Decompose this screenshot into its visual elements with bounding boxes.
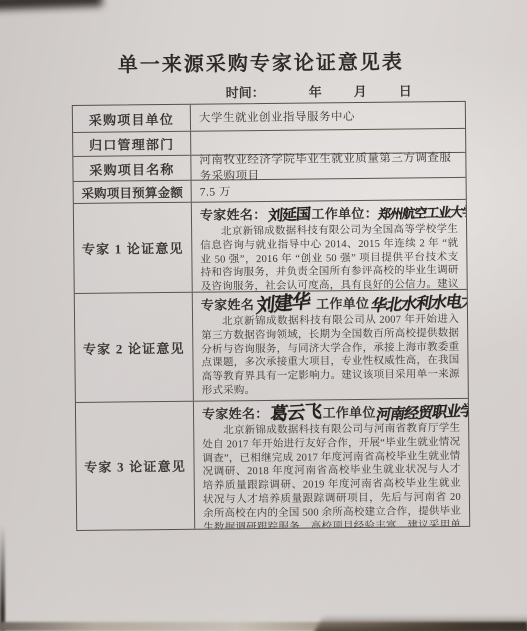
expert-2-name-label: 专家姓名 (201, 297, 254, 313)
expert-3-unit-label: 工作单位 (322, 405, 375, 421)
value-project-unit: 大学生就业创业指导服务中心 (191, 102, 465, 131)
label-managing-department: 归口管理部门 (73, 132, 191, 156)
form-title: 单一来源采购专家论证意见表 (0, 44, 524, 79)
label-expert-1: 专家 1 论证意见 (74, 203, 193, 293)
date-day-label: 日 (399, 80, 412, 99)
form-table: 采购项目单位 大学生就业创业指导服务中心 归口管理部门 采购项目名称 河南牧业经… (72, 101, 470, 531)
table-row-expert-1: 专家 1 论证意见 专家姓名：刘延国工作单位：郑州航空工业大学职称：副教授 北京… (74, 200, 467, 294)
label-project-budget: 采购项目预算金额 (74, 181, 192, 203)
expert-1-name-signature: 刘延国 (267, 206, 310, 223)
table-row-project-unit: 采购项目单位 大学生就业创业指导服务中心 (73, 102, 465, 133)
expert-1-unit-label: 工作单位： (311, 206, 378, 222)
date-label: 时间： (226, 82, 265, 101)
expert-3-name-signature: 葛云飞 (269, 403, 321, 424)
value-project-budget: 7.5 万 (192, 178, 466, 202)
label-expert-2: 专家 2 论证意见 (75, 293, 194, 402)
expert-2-header: 专家姓名刘建华工作单位华北水利水电大学职称：教授 (201, 293, 459, 316)
label-project-unit: 采购项目单位 (73, 105, 191, 132)
expert-2-unit-label: 工作单位 (316, 296, 369, 312)
expert-2-opinion: 北京新锦成数据科技有限公司从 2007 年开始进入第三方数据咨询领域，长期为全国… (201, 313, 460, 398)
document-form: 单一来源采购专家论证意见表 时间： 年 月 日 采购项目单位 大学生就业创业指导… (0, 0, 527, 631)
table-row-expert-2: 专家 2 论证意见 专家姓名刘建华工作单位华北水利水电大学职称：教授 北京新锦成… (75, 290, 468, 403)
expert-1-header: 专家姓名：刘延国工作单位：郑州航空工业大学职称：副教授 (200, 203, 458, 226)
expert-1-opinion: 北京新锦成数据科技有限公司为全国高等学校学生信息咨询与就业指导中心 2014、2… (200, 223, 459, 292)
expert-1-name-label: 专家姓名： (200, 207, 267, 223)
expert-2-unit-handwritten: 华北水利水电大学 (370, 292, 468, 314)
date-year-label: 年 (309, 81, 322, 100)
cell-expert-1: 专家姓名：刘延国工作单位：郑州航空工业大学职称：副教授 北京新锦成数据科技有限公… (192, 200, 467, 292)
cell-expert-2: 专家姓名刘建华工作单位华北水利水电大学职称：教授 北京新锦成数据科技有限公司从 … (193, 290, 468, 401)
label-project-name: 采购项目名称 (73, 156, 191, 181)
date-month-label: 月 (354, 81, 367, 100)
expert-3-header: 专家姓名：葛云飞工作单位河南经贸职业学院职称：教授 (202, 402, 460, 425)
label-expert-3: 专家 3 论证意见 (76, 402, 195, 530)
expert-3-name-label: 专家姓名： (202, 406, 269, 422)
date-line: 时间： 年 月 日 (226, 80, 412, 101)
expert-3-opinion: 北京新锦成数据科技有限公司与河南省教育厅学生处自 2017 年开始进行友好合作，… (202, 422, 461, 529)
expert-1-unit-handwritten: 郑州航空工业大学 (377, 206, 467, 222)
table-row-expert-3: 专家 3 论证意见 专家姓名：葛云飞工作单位河南经贸职业学院职称：教授 北京新锦… (76, 399, 469, 530)
expert-3-unit-handwritten: 河南经贸职业学院 (375, 402, 470, 422)
cell-expert-3: 专家姓名：葛云飞工作单位河南经贸职业学院职称：教授 北京新锦成数据科技有限公司与… (194, 399, 469, 529)
value-project-name: 河南牧业经济学院毕业生就业质量第三方调查服务采购项目 (191, 153, 465, 180)
expert-2-name-signature: 刘建华 (255, 292, 310, 317)
